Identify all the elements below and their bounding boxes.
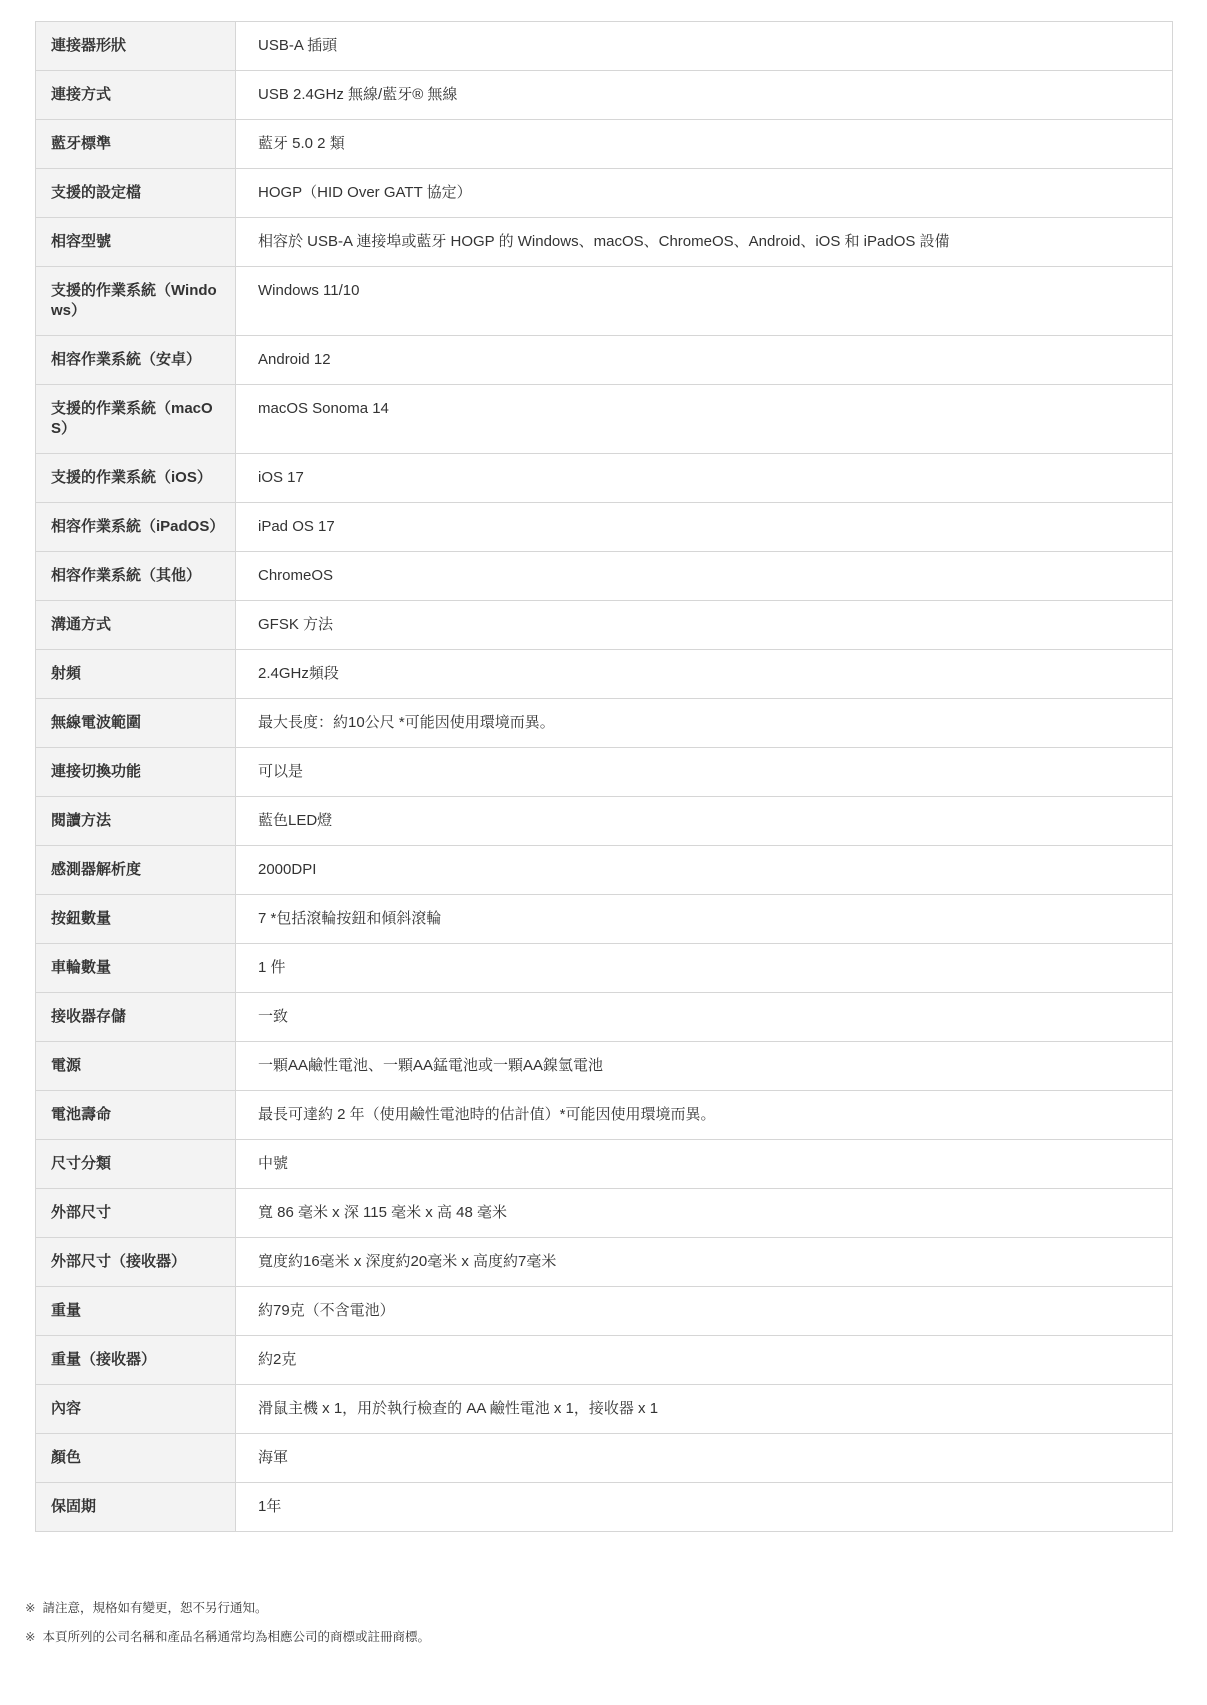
spec-label: 保固期 [36,1483,236,1532]
spec-table-body: 連接器形狀 USB-A 插頭 連接方式 USB 2.4GHz 無線/藍牙® 無線… [36,22,1173,1532]
spec-label: 接收器存儲 [36,993,236,1042]
spec-label: 藍牙標準 [36,120,236,169]
spec-value: iPad OS 17 [236,503,1173,552]
table-row: 連接方式 USB 2.4GHz 無線/藍牙® 無線 [36,71,1173,120]
reference-mark-icon: ※ [25,1627,35,1647]
spec-value: 寬度約16毫米 x 深度約20毫米 x 高度約7毫米 [236,1238,1173,1287]
spec-label: 尺寸分類 [36,1140,236,1189]
spec-page: 連接器形狀 USB-A 插頭 連接方式 USB 2.4GHz 無線/藍牙® 無線… [0,0,1207,1705]
spec-value: USB 2.4GHz 無線/藍牙® 無線 [236,71,1173,120]
spec-value: 1 件 [236,944,1173,993]
spec-label: 相容作業系統（安卓） [36,336,236,385]
spec-label: 相容作業系統（iPadOS） [36,503,236,552]
spec-label: 閱讀方法 [36,797,236,846]
footnote-item: ※ 請注意，規格如有變更，恕不另行通知。 [25,1598,1173,1618]
spec-value: 2.4GHz頻段 [236,650,1173,699]
spec-label: 內容 [36,1385,236,1434]
spec-label: 電源 [36,1042,236,1091]
spec-value: 最大長度：約10公尺 *可能因使用環境而異。 [236,699,1173,748]
spec-value: ChromeOS [236,552,1173,601]
spec-label: 按鈕數量 [36,895,236,944]
spec-value: 滑鼠主機 x 1，用於執行檢查的 AA 鹼性電池 x 1，接收器 x 1 [236,1385,1173,1434]
table-row: 按鈕數量 7 *包括滾輪按鈕和傾斜滾輪 [36,895,1173,944]
footnotes: ※ 請注意，規格如有變更，恕不另行通知。 ※ 本頁所列的公司名稱和產品名稱通常均… [25,1598,1173,1647]
spec-value: 寬 86 毫米 x 深 115 毫米 x 高 48 毫米 [236,1189,1173,1238]
table-row: 外部尺寸 寬 86 毫米 x 深 115 毫米 x 高 48 毫米 [36,1189,1173,1238]
spec-label: 支援的作業系統（Windows） [36,267,236,336]
table-row: 顏色 海軍 [36,1434,1173,1483]
table-row: 相容型號 相容於 USB-A 連接埠或藍牙 HOGP 的 Windows、mac… [36,218,1173,267]
spec-label: 外部尺寸 [36,1189,236,1238]
spec-label: 支援的設定檔 [36,169,236,218]
spec-value: 一顆AA鹼性電池、一顆AA錳電池或一顆AA鎳氫電池 [236,1042,1173,1091]
spec-label: 相容型號 [36,218,236,267]
spec-label: 射頻 [36,650,236,699]
spec-label: 顏色 [36,1434,236,1483]
spec-value: 最長可達約 2 年（使用鹼性電池時的估計值）*可能因使用環境而異。 [236,1091,1173,1140]
spec-value: HOGP（HID Over GATT 協定） [236,169,1173,218]
spec-label: 支援的作業系統（iOS） [36,454,236,503]
spec-label: 重量 [36,1287,236,1336]
spec-label: 無線電波範圍 [36,699,236,748]
spec-label: 溝通方式 [36,601,236,650]
table-row: 藍牙標準 藍牙 5.0 2 類 [36,120,1173,169]
spec-value: 2000DPI [236,846,1173,895]
spec-value: Android 12 [236,336,1173,385]
table-row: 相容作業系統（安卓） Android 12 [36,336,1173,385]
table-row: 電源 一顆AA鹼性電池、一顆AA錳電池或一顆AA鎳氫電池 [36,1042,1173,1091]
spec-value: 藍色LED燈 [236,797,1173,846]
table-row: 內容 滑鼠主機 x 1，用於執行檢查的 AA 鹼性電池 x 1，接收器 x 1 [36,1385,1173,1434]
spec-value: 一致 [236,993,1173,1042]
spec-value: 7 *包括滾輪按鈕和傾斜滾輪 [236,895,1173,944]
spec-value: 可以是 [236,748,1173,797]
table-row: 連接切換功能 可以是 [36,748,1173,797]
table-row: 重量 約79克（不含電池） [36,1287,1173,1336]
spec-label: 連接方式 [36,71,236,120]
table-row: 相容作業系統（其他） ChromeOS [36,552,1173,601]
spec-label: 支援的作業系統（macOS） [36,385,236,454]
reference-mark-icon: ※ [25,1598,35,1618]
table-row: 感測器解析度 2000DPI [36,846,1173,895]
table-row: 外部尺寸（接收器） 寬度約16毫米 x 深度約20毫米 x 高度約7毫米 [36,1238,1173,1287]
footnote-text: 本頁所列的公司名稱和產品名稱通常均為相應公司的商標或註冊商標。 [42,1627,1173,1647]
spec-label: 感測器解析度 [36,846,236,895]
spec-label: 外部尺寸（接收器） [36,1238,236,1287]
spec-value: 1年 [236,1483,1173,1532]
spec-value: 中號 [236,1140,1173,1189]
table-row: 車輪數量 1 件 [36,944,1173,993]
table-row: 電池壽命 最長可達約 2 年（使用鹼性電池時的估計值）*可能因使用環境而異。 [36,1091,1173,1140]
footnote-item: ※ 本頁所列的公司名稱和產品名稱通常均為相應公司的商標或註冊商標。 [25,1627,1173,1647]
spec-value: GFSK 方法 [236,601,1173,650]
spec-label: 車輪數量 [36,944,236,993]
spec-value: iOS 17 [236,454,1173,503]
footnote-text: 請注意，規格如有變更，恕不另行通知。 [42,1598,1173,1618]
table-row: 支援的作業系統（iOS） iOS 17 [36,454,1173,503]
spec-value: 海軍 [236,1434,1173,1483]
spec-table: 連接器形狀 USB-A 插頭 連接方式 USB 2.4GHz 無線/藍牙® 無線… [35,21,1173,1532]
spec-value: 相容於 USB-A 連接埠或藍牙 HOGP 的 Windows、macOS、Ch… [236,218,1173,267]
spec-label: 連接切換功能 [36,748,236,797]
spec-value: USB-A 插頭 [236,22,1173,71]
spec-value: Windows 11/10 [236,267,1173,336]
spec-label: 連接器形狀 [36,22,236,71]
spec-value: 約2克 [236,1336,1173,1385]
table-row: 支援的作業系統（macOS） macOS Sonoma 14 [36,385,1173,454]
table-row: 無線電波範圍 最大長度：約10公尺 *可能因使用環境而異。 [36,699,1173,748]
table-row: 溝通方式 GFSK 方法 [36,601,1173,650]
table-row: 保固期 1年 [36,1483,1173,1532]
spec-label: 電池壽命 [36,1091,236,1140]
spec-value: 約79克（不含電池） [236,1287,1173,1336]
table-row: 支援的作業系統（Windows） Windows 11/10 [36,267,1173,336]
table-row: 連接器形狀 USB-A 插頭 [36,22,1173,71]
spec-label: 重量（接收器） [36,1336,236,1385]
table-row: 接收器存儲 一致 [36,993,1173,1042]
table-row: 射頻 2.4GHz頻段 [36,650,1173,699]
spec-value: macOS Sonoma 14 [236,385,1173,454]
table-row: 支援的設定檔 HOGP（HID Over GATT 協定） [36,169,1173,218]
table-row: 重量（接收器） 約2克 [36,1336,1173,1385]
table-row: 相容作業系統（iPadOS） iPad OS 17 [36,503,1173,552]
spec-label: 相容作業系統（其他） [36,552,236,601]
spec-value: 藍牙 5.0 2 類 [236,120,1173,169]
table-row: 閱讀方法 藍色LED燈 [36,797,1173,846]
table-row: 尺寸分類 中號 [36,1140,1173,1189]
